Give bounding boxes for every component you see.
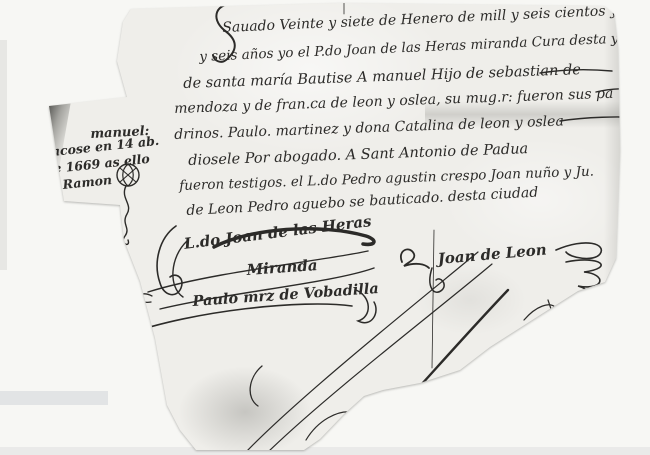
witness-flourish-loop-1: [556, 243, 601, 259]
signature-witness: Joan de Leon: [437, 240, 547, 267]
signature-left-loop-1: [157, 226, 182, 295]
small-tick-right: [548, 300, 552, 312]
witness-flourish-loop-2: [566, 260, 601, 298]
small-curl-right: [524, 305, 556, 320]
godfather-signature-sweep: [128, 304, 352, 334]
priest-signature-flourish-2: [139, 294, 152, 303]
margin-seal-squiggle: [123, 186, 128, 244]
manuscript-line-5: drinos. Paulo. martinez y dona Catalina …: [174, 113, 564, 143]
lower-curl-stroke: [250, 366, 262, 406]
signature-priest-line-2: Miranda: [246, 256, 318, 279]
manuscript-line-2: y seis años yo el P.do Joan de las Heras…: [199, 29, 650, 65]
godfather-signature-hook: [121, 328, 128, 336]
manuscript-line-3: de santa maría Bautise A manuel Hijo de …: [183, 62, 581, 92]
manuscript-scan: Sauado Veinte y siete de Henero de mill …: [0, 0, 650, 455]
manuscript-line-6: diosele Por abogado. A Sant Antonio de P…: [188, 141, 528, 169]
paper-wrap: Sauado Veinte y siete de Henero de mill …: [0, 0, 650, 455]
witness-signature-descender: [430, 268, 444, 292]
manuscript-line-1: Sauado Veinte y siete de Henero de mill …: [222, 0, 650, 36]
diagonal-stroke-foot: [360, 439, 377, 446]
signature-godfather: Paulo mrz de Vobadilla: [192, 280, 379, 310]
parchment-paper: Sauado Veinte y siete de Henero de mill …: [0, 0, 650, 455]
margin-extract-note: Sacose en 14 ab. de 1669 as ello F. Ramo…: [42, 132, 163, 195]
signature-priest-line-1: L.do Joan de las Heras: [183, 212, 372, 253]
right-edge-shadow: [604, 6, 620, 284]
witness-signature-curl: [401, 249, 429, 268]
diagonal-pen-stroke-3: [372, 290, 508, 440]
lower-arc-stroke: [306, 412, 352, 440]
vertical-fold-crease: [432, 230, 434, 368]
